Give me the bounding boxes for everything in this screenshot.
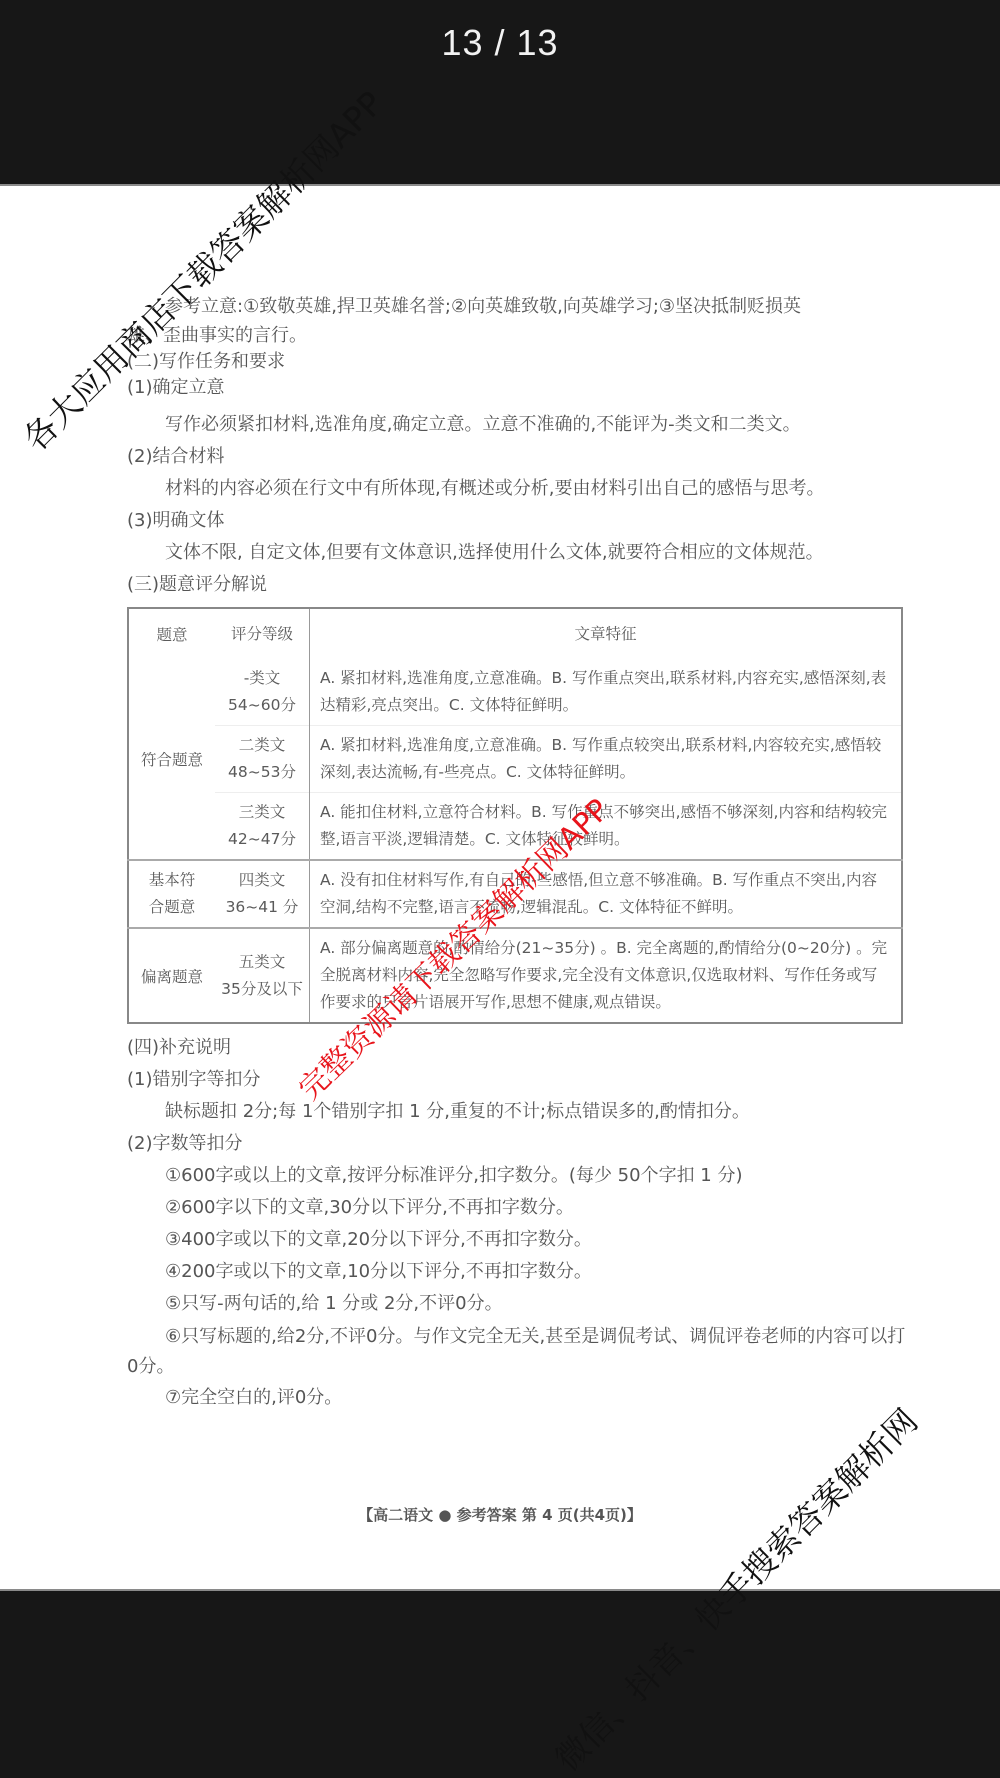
grade-label: -类文 [215,665,309,692]
s2-item1-title: (1)确定立意 [127,375,907,401]
grade-score: 54~60分 [215,692,309,719]
theme-line-1: 基本符 [129,867,215,894]
grade-score: 42~47分 [215,826,309,853]
section-4-title: (四)补充说明 [127,1032,907,1064]
grade-score: 35分及以下 [215,976,309,1003]
table-header-row: 题意 评分等级 文章特征 [128,608,902,659]
theme-cell: 偏离题意 [128,928,215,1023]
word-count-rule: ④200字或以下的文章,10分以下评分,不再扣字数分。 [127,1256,907,1288]
grade-label: 二类文 [215,732,309,759]
word-count-rule: ①600字或以上的文章,按评分标准评分,扣字数分。(每少 50个字扣 1 分) [127,1160,907,1192]
s4-item1-body: 缺标题扣 2分;每 1个错别字扣 1 分,重复的不计;标点错误多的,酌情扣分。 [127,1096,907,1128]
s2-item2-body: 材料的内容必须在行文中有所体现,有概述或分析,要由材料引出自己的感悟与思考。 [127,473,907,505]
section-2-title: (二)写作任务和要求 [127,349,907,375]
page-counter: 13 / 13 [0,22,1000,64]
theme-cell: 符合题意 [128,659,215,860]
table-row: 二类文 48~53分 A. 紧扣材料,选准角度,立意准确。B. 写作重点较突出,… [128,726,902,793]
theme-line-2: 合题意 [129,894,215,921]
page-footer: 【高二语文 ● 参考答案 第 4 页(共4页)】 [0,1504,1000,1525]
s4-item2-title: (2)字数等扣分 [127,1128,907,1160]
grade-cell: 二类文 48~53分 [215,726,310,793]
intro-line-2: 雄、歪曲事实的言行。 [127,323,907,349]
grade-label: 五类文 [215,949,309,976]
table-row: 符合题意 -类文 54~60分 A. 紧扣材料,选准角度,立意准确。B. 写作重… [128,659,902,726]
theme-cell: 基本符 合题意 [128,860,215,928]
grade-cell: 三类文 42~47分 [215,793,310,861]
word-count-rule: ③400字或以下的文章,20分以下评分,不再扣字数分。 [127,1224,907,1256]
grade-cell: 五类文 35分及以下 [215,928,310,1023]
features-cell: A. 没有扣住材料写作,有自己的-些感悟,但立意不够准确。B. 写作重点不突出,… [310,860,903,928]
grade-score: 48~53分 [215,759,309,786]
word-count-rule: ⑥只写标题的,给2分,不评0分。与作文完全无关,甚至是调侃考试、调侃评卷老师的内… [127,1322,907,1382]
s2-item2-title: (2)结合材料 [127,441,907,473]
grade-cell: -类文 54~60分 [215,659,310,726]
word-count-rule: ②600字以下的文章,30分以下评分,不再扣字数分。 [127,1192,907,1224]
s2-item1-body: 写作必须紧扣材料,选准角度,确定立意。立意不准确的,不能评为-类文和二类文。 [127,409,907,441]
grading-table: 题意 评分等级 文章特征 符合题意 -类文 54~60分 A. 紧扣材料,选准角… [127,607,903,1024]
viewer-top-bar: 13 / 13 [0,0,1000,186]
grade-label: 四类文 [215,867,309,894]
grade-label: 三类文 [215,799,309,826]
grade-score: 36~41 分 [215,894,309,921]
table-row: 三类文 42~47分 A. 能扣住材料,立意符合材料。B. 写作重点不够突出,感… [128,793,902,861]
table-row: 偏离题意 五类文 35分及以下 A. 部分偏离题意的,酌情给分(21~35分) … [128,928,902,1023]
word-count-rule: ⑦完全空白的,评0分。 [127,1382,907,1414]
features-cell: A. 紧扣材料,选准角度,立意准确。B. 写作重点较突出,联系材料,内容较充实,… [310,726,903,793]
grade-cell: 四类文 36~41 分 [215,860,310,928]
section-3-title: (三)题意评分解说 [127,569,907,601]
word-count-rule: ⑤只写-两句话的,给 1 分或 2分,不评0分。 [127,1288,907,1320]
viewer-bottom-bar [0,1589,1000,1778]
s2-item3-body: 文体不限, 自定文体,但要有文体意识,选择使用什么文体,就要符合相应的文体规范。 [127,537,907,569]
s4-item1-title: (1)错别字等扣分 [127,1064,907,1096]
s2-item3-title: (3)明确文体 [127,505,907,537]
header-grade: 评分等级 [215,608,310,659]
header-features: 文章特征 [310,608,903,659]
header-theme: 题意 [128,608,215,659]
intro-line-1: 参考立意:①致敬英雄,捍卫英雄名誉;②向英雄致敬,向英雄学习;③坚决抵制贬损英 [127,291,907,323]
features-cell: A. 紧扣材料,选准角度,立意准确。B. 写作重点突出,联系材料,内容充实,感悟… [310,659,903,726]
